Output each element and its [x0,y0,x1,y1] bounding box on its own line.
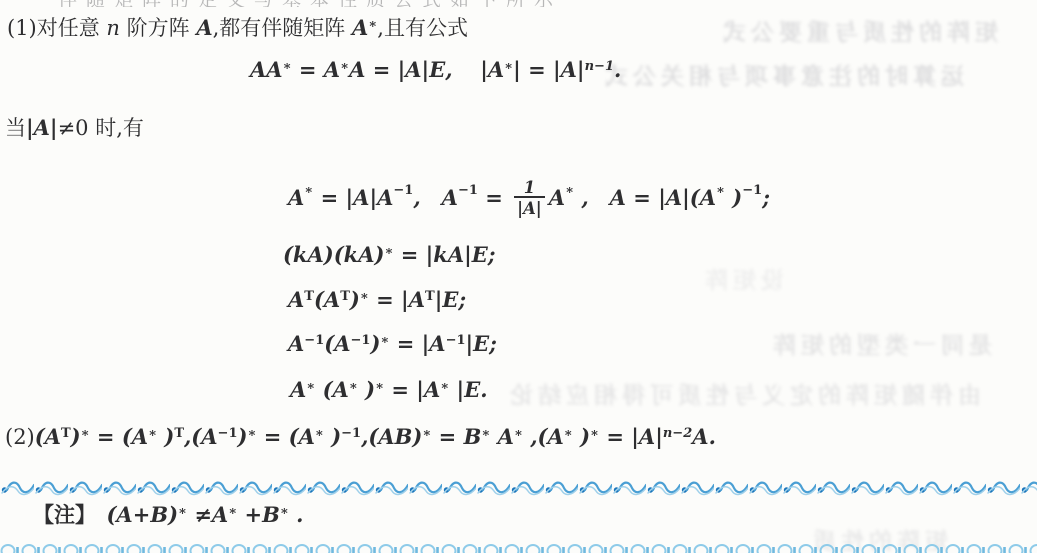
item-1-intro: (1)对任意 n 阶方阵 A,都有伴随矩阵 A∗,且有公式 [7,15,468,41]
bleedthrough-text-1: 矩阵的性质与重要公式 [718,14,998,47]
cropped-previous-line: 伴随矩阵的定义与基本性质公式如下所示 [58,0,578,7]
wavy-divider [0,476,1037,500]
formula-inverse: A−1(A−1)∗ = |A−1|E; [288,331,497,357]
item-2-properties: (2)(AT)∗ = (A∗ )T,(A−1)∗ = (A∗ )−1,(AB)∗… [5,424,716,450]
formula-inverse-relations: A∗ = |A|A−1, A−1 = 1|A|A∗ , A = |A|(A∗ )… [288,168,770,228]
formula-scalar-multiple: (kA)(kA)∗ = |kA|E; [283,242,496,268]
textbook-page: 伴随矩阵的定义与基本性质公式如下所示 矩阵的性质与重要公式 运算时的注意事项与相… [0,0,1037,553]
bleedthrough-text-4: 是同一类型的矩阵 [768,327,992,360]
note-line: 【注】 (A+B)∗ ≠A∗ +B∗ . [33,502,304,528]
bleedthrough-text-3: 设矩阵 [700,262,784,295]
bottom-border-decoration [0,542,1037,553]
cropped-previous-line-text: 伴随矩阵的定义与基本性质公式如下所示 [58,0,578,7]
formula-transpose: AT(AT)∗ = |AT|E; [288,287,466,313]
bleedthrough-text-2: 运算时的注意事项与相关公式 [600,58,964,91]
condition-nonzero-determinant: 当|A|≠0 时,有 [5,115,144,141]
formula-adjugate-identity: AA∗ = A∗A = |A|E, |A∗| = |A|n−1. [250,57,621,83]
bleedthrough-text-5: 由伴随矩阵的定义与性质可得相应结论 [505,377,981,410]
formula-adjugate-of-adjugate: A∗ (A∗ )∗ = |A∗ |E. [290,377,488,403]
